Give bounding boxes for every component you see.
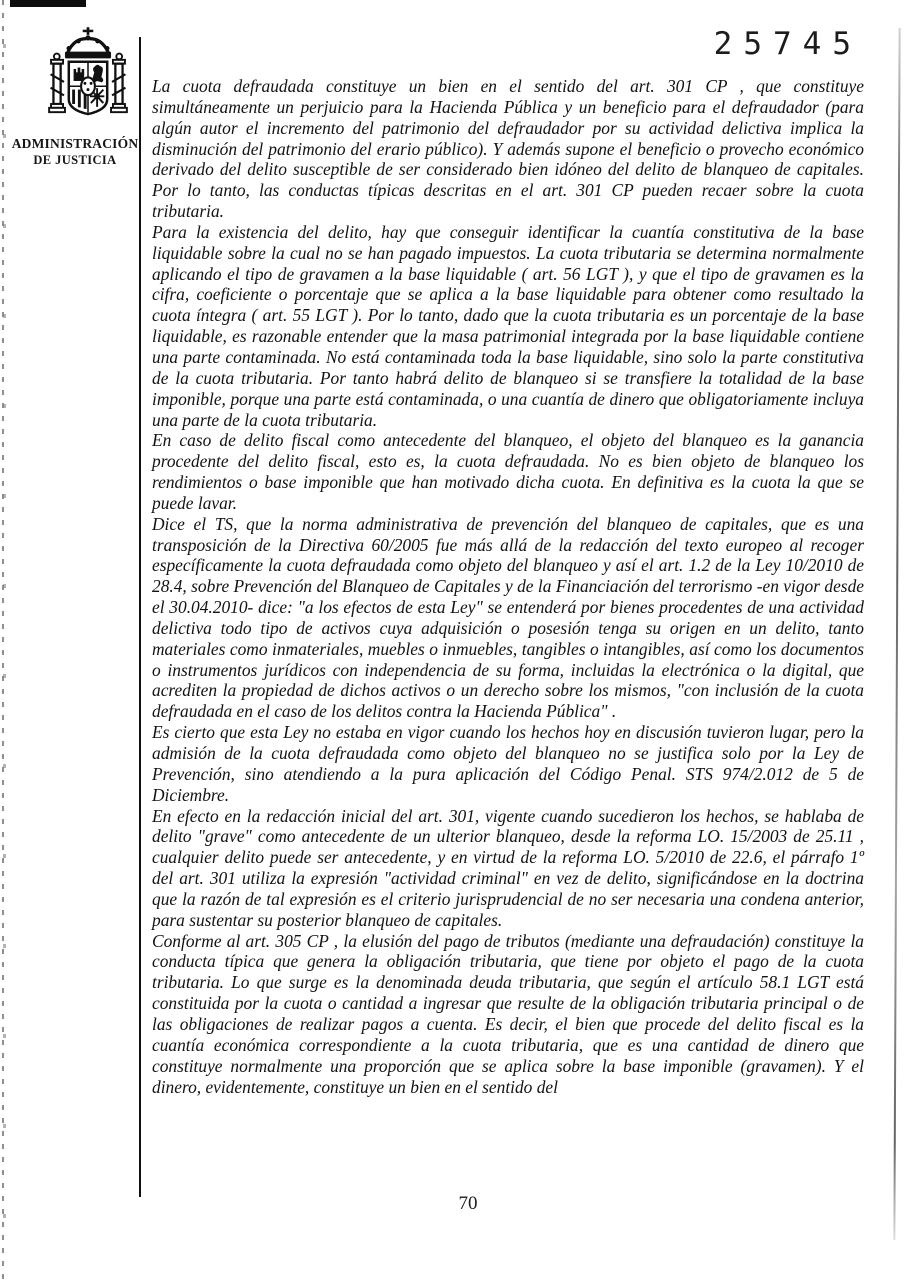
document-paragraph: Conforme al art. 305 CP , la elusión del… — [152, 931, 864, 1098]
document-paragraph: Es cierto que esta Ley no estaba en vigo… — [152, 722, 864, 805]
document-reference-number: 25745 — [714, 26, 862, 62]
scan-right-edge-noise — [893, 28, 900, 1240]
org-name-line1: ADMINISTRACIÓN — [0, 136, 150, 153]
margin-divider-rule — [139, 37, 141, 1197]
document-paragraph: Para la existencia del delito, hay que c… — [152, 222, 864, 430]
document-paragraph: En caso de delito fiscal como antecedent… — [152, 430, 864, 513]
page-number: 70 — [438, 1193, 498, 1215]
document-paragraph: En efecto en la redacción inicial del ar… — [152, 806, 864, 931]
coat-of-arms-icon — [40, 26, 136, 134]
document-paragraph: Dice el TS, que la norma administrativa … — [152, 514, 864, 722]
document-paragraph: La cuota defraudada constituye un bien e… — [152, 76, 864, 222]
sidebar: ADMINISTRACIÓN DE JUSTICIA — [0, 0, 140, 1280]
org-name: ADMINISTRACIÓN DE JUSTICIA — [0, 136, 150, 169]
document-body: La cuota defraudada constituye un bien e… — [152, 76, 864, 1097]
org-name-line2: DE JUSTICIA — [0, 153, 150, 169]
